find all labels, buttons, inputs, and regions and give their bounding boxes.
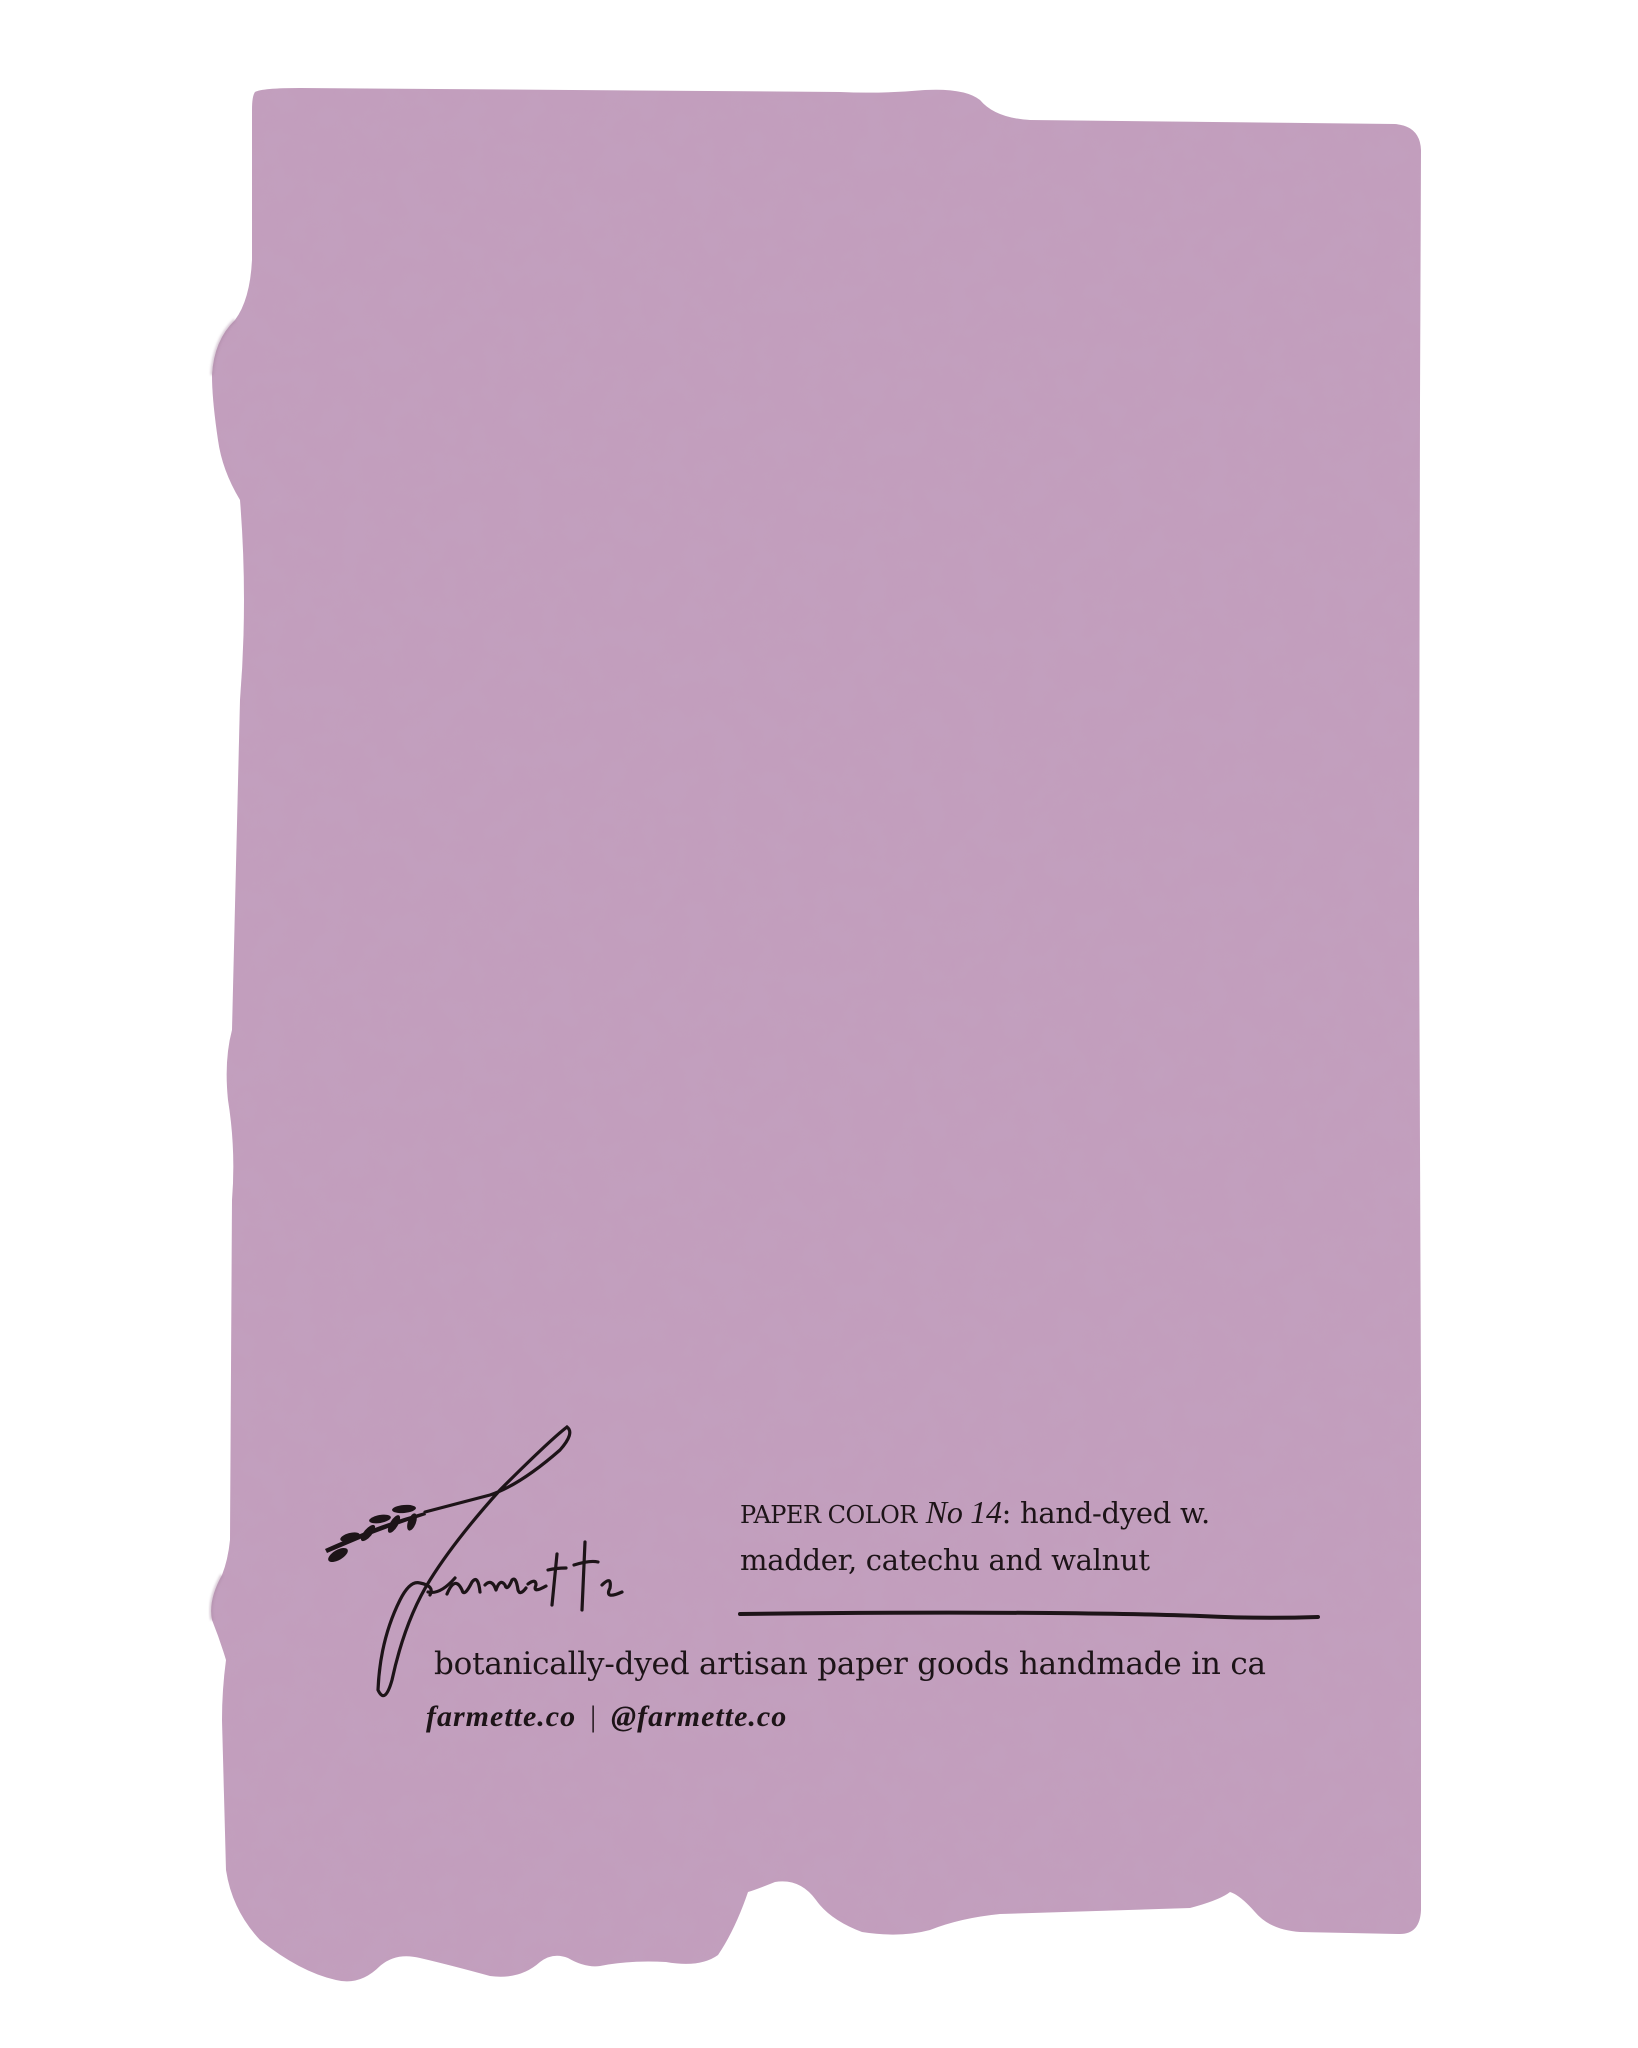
paper-color-desc-2: madder, catechu and walnut	[740, 1543, 1150, 1577]
paper-color-number: No 14	[926, 1494, 1002, 1530]
social-handle: @farmette.co	[611, 1700, 787, 1733]
paper-color-label: PAPER COLOR	[740, 1501, 917, 1529]
website-text: farmette.co	[426, 1700, 576, 1733]
deckled-paper-card	[0, 0, 1638, 2048]
paper-color-line: PAPER COLOR No 14: hand-dyed w.	[740, 1494, 1210, 1531]
paper-color-desc-1: : hand-dyed w.	[1002, 1496, 1210, 1530]
tagline: botanically-dyed artisan paper goods han…	[434, 1646, 1266, 1682]
product-photo: PAPER COLOR No 14: hand-dyed w. madder, …	[0, 0, 1638, 2048]
paper-shape	[211, 88, 1421, 1981]
contact-line: farmette.co|@farmette.co	[426, 1700, 787, 1734]
separator: |	[590, 1700, 597, 1733]
